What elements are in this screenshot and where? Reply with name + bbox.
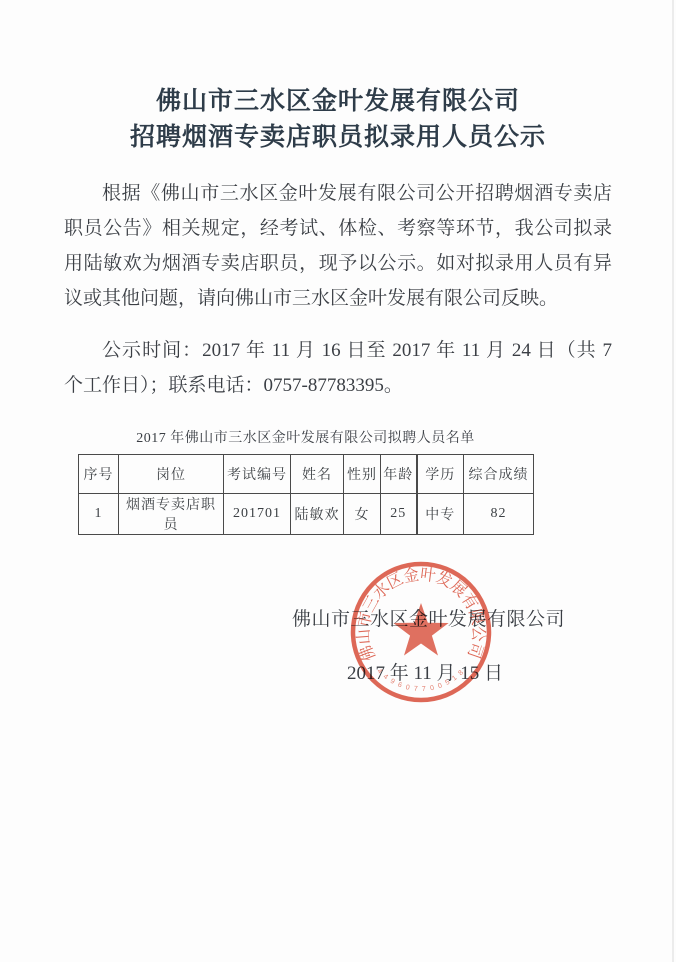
table-cell: 烟酒专卖店职员: [119, 494, 224, 535]
table-cell: 1: [79, 494, 119, 535]
announcement-paragraph: 根据《佛山市三水区金叶发展有限公司公开招聘烟酒专卖店 职员公告》相关规定，经考试…: [64, 176, 612, 316]
roster-section: 2017 年佛山市三水区金叶发展有限公司拟聘人员名单 序号 岗位 考试编号 姓名…: [78, 428, 533, 535]
table-header-cell: 学历: [417, 455, 464, 494]
table-cell: 中专: [417, 494, 464, 535]
svg-text:449607700518: 449607700518: [375, 667, 467, 693]
document-title: 佛山市三水区金叶发展有限公司 招聘烟酒专卖店职员拟录用人员公示: [64, 84, 612, 156]
seal-serial-number: 449607700518: [375, 667, 467, 693]
table-header-cell: 考试编号: [224, 455, 291, 494]
table-cell: 82: [464, 494, 534, 535]
table-header-row: 序号 岗位 考试编号 姓名 性别 年龄 学历 综合成绩: [79, 455, 534, 494]
candidates-table: 序号 岗位 考试编号 姓名 性别 年龄 学历 综合成绩 1 烟酒专卖店职员 20…: [78, 454, 534, 535]
body-line: 议或其他问题，请向佛山市三水区金叶发展有限公司反映。: [64, 281, 612, 316]
table-header-cell: 序号: [79, 455, 119, 494]
seal-star-icon: [393, 603, 448, 656]
table-cell: 陆敏欢: [291, 494, 344, 535]
body-line: 职员公告》相关规定，经考试、体检、考察等环节，我公司拟录: [64, 211, 612, 246]
table-row: 1 烟酒专卖店职员 201701 陆敏欢 女 25 中专 82: [79, 494, 534, 535]
table-caption: 2017 年佛山市三水区金叶发展有限公司拟聘人员名单: [78, 428, 533, 450]
table-header-cell: 综合成绩: [464, 455, 534, 494]
table-header-cell: 年龄: [381, 455, 417, 494]
document-content: 佛山市三水区金叶发展有限公司 招聘烟酒专卖店职员拟录用人员公示 根据《佛山市三水…: [64, 0, 612, 535]
table-header-cell: 性别: [344, 455, 381, 494]
table-cell: 201701: [224, 494, 291, 535]
table-header-cell: 姓名: [291, 455, 344, 494]
official-seal-stamp: 佛山市三水区金叶发展有限公司 449607700518: [348, 559, 494, 705]
body-line: 用陆敏欢为烟酒专卖店职员，现予以公示。如对拟录用人员有异: [64, 246, 612, 281]
table-header-cell: 岗位: [119, 455, 224, 494]
document-title-line2: 招聘烟酒专卖店职员拟录用人员公示: [64, 120, 612, 156]
publicity-period-paragraph: 公示时间：2017 年 11 月 16 日至 2017 年 11 月 24 日（…: [64, 333, 612, 403]
body-line: 根据《佛山市三水区金叶发展有限公司公开招聘烟酒专卖店: [64, 176, 612, 211]
body-line: 个工作日）；联系电话：0757-87783395。: [64, 368, 612, 403]
scan-edge-shadow: [672, 0, 674, 962]
body-line: 公示时间：2017 年 11 月 16 日至 2017 年 11 月 24 日（…: [64, 333, 612, 368]
table-cell: 25: [381, 494, 417, 535]
document-title-line1: 佛山市三水区金叶发展有限公司: [64, 84, 612, 120]
document-page: 佛山市三水区金叶发展有限公司 招聘烟酒专卖店职员拟录用人员公示 根据《佛山市三水…: [0, 0, 676, 962]
table-cell: 女: [344, 494, 381, 535]
